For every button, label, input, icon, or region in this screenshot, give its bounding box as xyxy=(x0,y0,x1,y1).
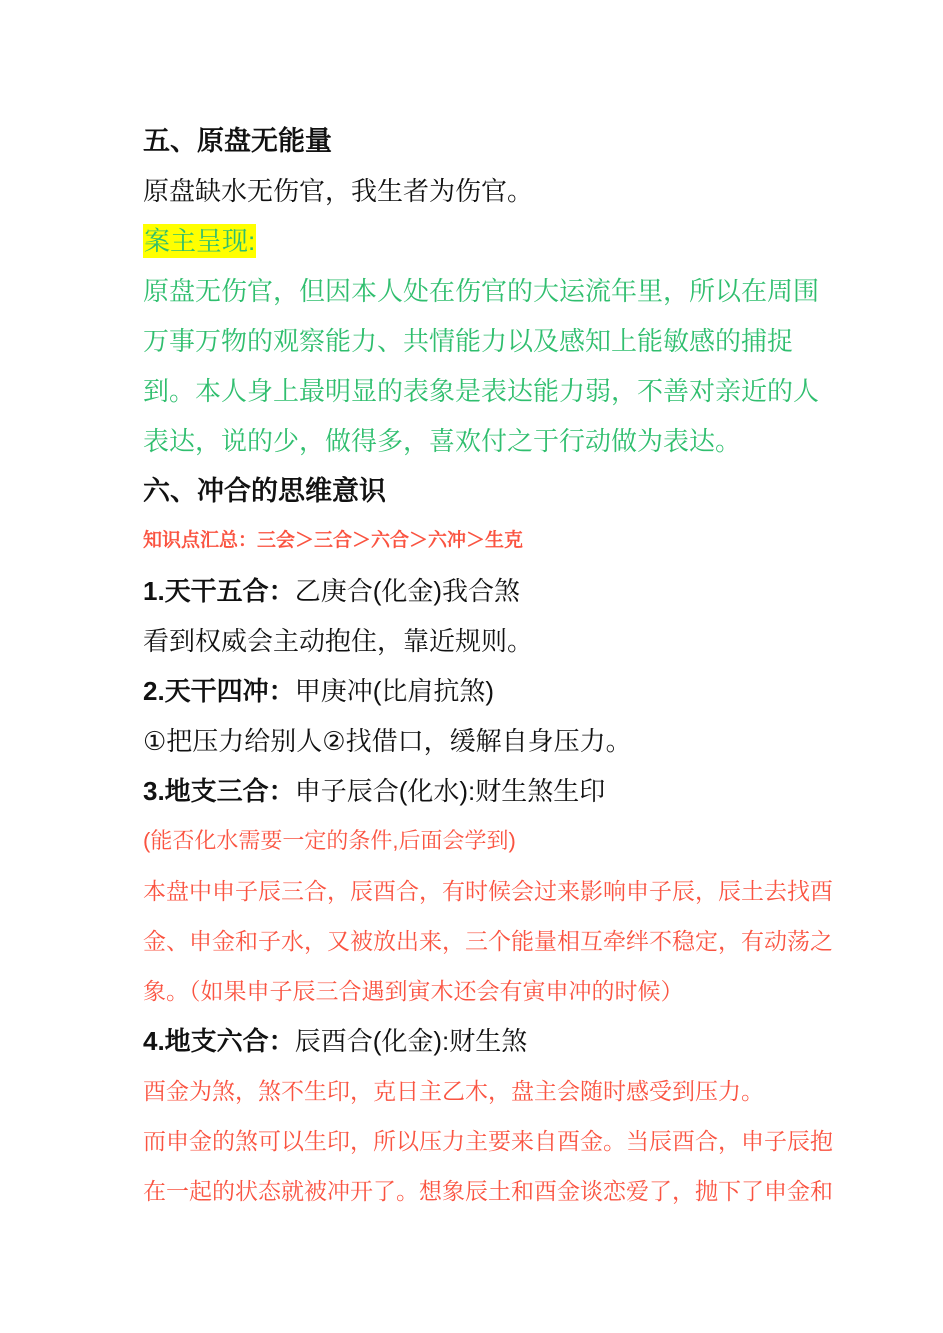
item-4-earthly-branch-six-combination: 4.地支六合：辰酉合(化金):财生煞 xyxy=(143,1017,800,1065)
green-paragraph-line: 到。本人身上最明显的表象是表达能力弱，不善对亲近的人 xyxy=(143,367,800,415)
item-2-value: 甲庚冲(比肩抗煞) xyxy=(295,676,494,706)
item-3-red-note: (能否化水需要一定的条件,后面会学到) xyxy=(143,817,800,865)
item-1-label: 1.天干五合： xyxy=(143,576,295,606)
section-5-heading: 五、原盘无能量 xyxy=(143,117,800,165)
knowledge-summary: 知识点汇总：三会＞三合＞六合＞六冲＞生克 xyxy=(143,517,800,565)
document-page: 五、原盘无能量 原盘缺水无伤官，我生者为伤官。 案主呈现: 原盘无伤官，但因本人… xyxy=(0,0,943,1215)
item-4-value: 辰酉合(化金):财生煞 xyxy=(295,1026,528,1056)
item-1-heavenly-stem-combination: 1.天干五合：乙庚合(化金)我合煞 xyxy=(143,567,800,615)
red-paragraph-line: 本盘中申子辰三合，辰酉合，有时候会过来影响申子辰，辰土去找酉 xyxy=(143,867,800,915)
item-4-red-paragraph: 而申金的煞可以生印，所以压力主要来自酉金。当辰酉合，申子辰抱 在一起的状态就被冲… xyxy=(143,1117,800,1215)
item-4-label: 4.地支六合： xyxy=(143,1026,295,1056)
item-1-note: 看到权威会主动抱住，靠近规则。 xyxy=(143,617,800,665)
red-paragraph-line: 金、申金和子水，又被放出来，三个能量相互牵绊不稳定，有动荡之 xyxy=(143,917,800,965)
green-paragraph-line: 原盘无伤官，但因本人处在伤官的大运流年里，所以在周围 xyxy=(143,267,800,315)
item-1-value: 乙庚合(化金)我合煞 xyxy=(295,576,520,606)
green-paragraph-line: 万事万物的观察能力、共情能力以及感知上能敏感的捕捉 xyxy=(143,317,800,365)
item-3-red-paragraph: 本盘中申子辰三合，辰酉合，有时候会过来影响申子辰，辰土去找酉 金、申金和子水，又… xyxy=(143,867,800,1015)
red-paragraph-line: 而申金的煞可以生印，所以压力主要来自酉金。当辰酉合，申子辰抱 xyxy=(143,1117,800,1165)
section-6-heading: 六、冲合的思维意识 xyxy=(143,467,800,515)
item-3-label: 3.地支三合： xyxy=(143,776,295,806)
item-3-earthly-branch-trine: 3.地支三合：申子辰合(化水):财生煞生印 xyxy=(143,767,800,815)
yellow-highlight: 案主呈现: xyxy=(143,224,256,258)
section-5-intro: 原盘缺水无伤官，我生者为伤官。 xyxy=(143,167,800,215)
item-3-value: 申子辰合(化水):财生煞生印 xyxy=(295,776,606,806)
item-2-label: 2.天干四冲： xyxy=(143,676,295,706)
green-commentary-paragraph: 原盘无伤官，但因本人处在伤官的大运流年里，所以在周围 万事万物的观察能力、共情能… xyxy=(143,267,800,465)
green-paragraph-line: 表达，说的少，做得多，喜欢付之于行动做为表达。 xyxy=(143,417,800,465)
red-paragraph-line: 在一起的状态就被冲开了。想象辰土和酉金谈恋爱了，抛下了申金和 xyxy=(143,1167,800,1215)
item-4-red-line: 酉金为煞，煞不生印，克日主乙木，盘主会随时感受到压力。 xyxy=(143,1067,800,1115)
red-paragraph-line: 象。（如果申子辰三合遇到寅木还会有寅申冲的时候） xyxy=(143,967,800,1015)
item-2-note: ①把压力给别人②找借口，缓解自身压力。 xyxy=(143,717,800,765)
case-presentation-label: 案主呈现: xyxy=(143,217,800,265)
item-2-heavenly-stem-clash: 2.天干四冲：甲庚冲(比肩抗煞) xyxy=(143,667,800,715)
